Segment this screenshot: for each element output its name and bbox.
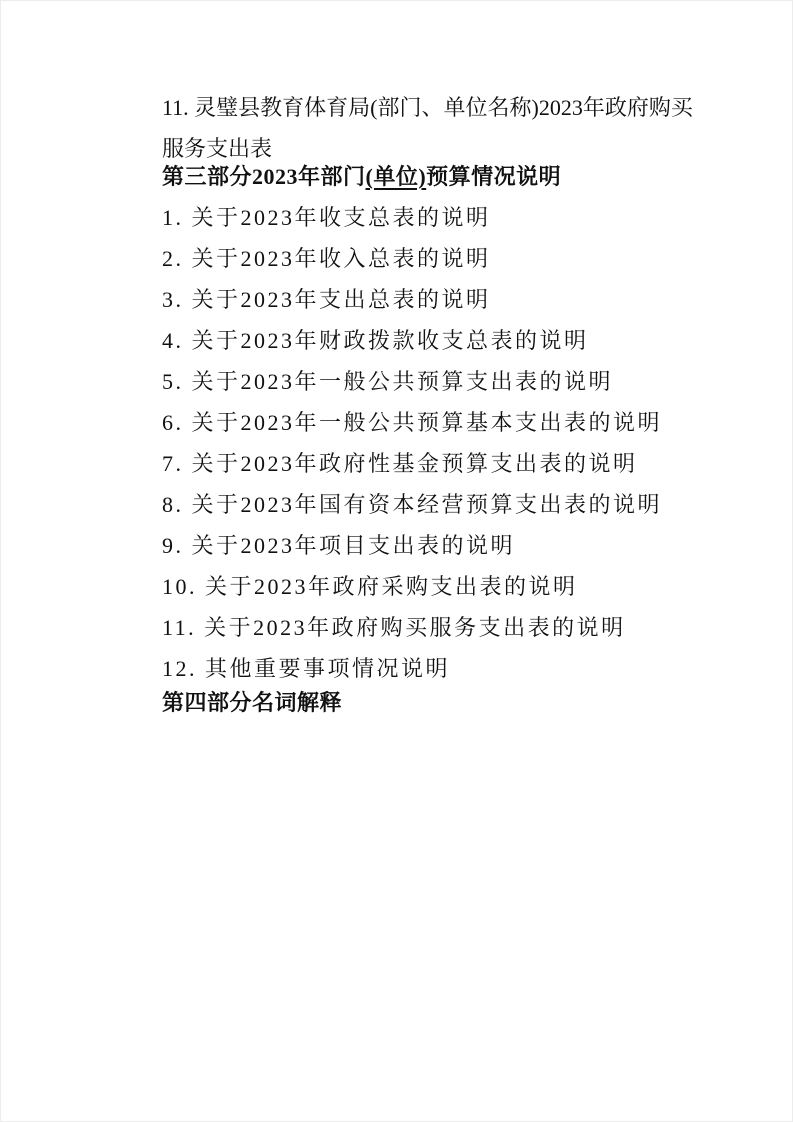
toc-item-note-8: 8. 关于2023年国有资本经营预算支出表的说明 (162, 484, 702, 525)
toc-item-note-1: 1. 关于2023年收支总表的说明 (162, 197, 702, 238)
toc-item-note-6: 6. 关于2023年一般公共预算基本支出表的说明 (162, 402, 702, 443)
section3-heading-prefix: 第三部分2023年部门 (162, 164, 366, 189)
toc-item-note-10: 10. 关于2023年政府采购支出表的说明 (162, 566, 702, 607)
toc-item-note-3: 3. 关于2023年支出总表的说明 (162, 279, 702, 320)
document-page: 11. 灵璧县教育体育局(部门、单位名称)2023年政府购买服务支出表 第三部分… (0, 0, 793, 1122)
section3-heading-underlined: (单位) (366, 164, 427, 189)
toc-item-note-11: 11. 关于2023年政府购买服务支出表的说明 (162, 607, 702, 648)
toc-item-note-7: 7. 关于2023年政府性基金预算支出表的说明 (162, 443, 702, 484)
section3-heading-suffix: 预算情况说明 (426, 164, 561, 189)
section3-heading: 第三部分2023年部门(单位)预算情况说明 (162, 156, 702, 197)
page-content: 11. 灵璧县教育体育局(部门、单位名称)2023年政府购买服务支出表 第三部分… (1, 1, 792, 723)
toc-item-note-5: 5. 关于2023年一般公共预算支出表的说明 (162, 361, 702, 402)
toc-item-note-2: 2. 关于2023年收入总表的说明 (162, 238, 702, 279)
toc-item-note-4: 4. 关于2023年财政拨款收支总表的说明 (162, 320, 702, 361)
toc-item-note-9: 9. 关于2023年项目支出表的说明 (162, 525, 702, 566)
